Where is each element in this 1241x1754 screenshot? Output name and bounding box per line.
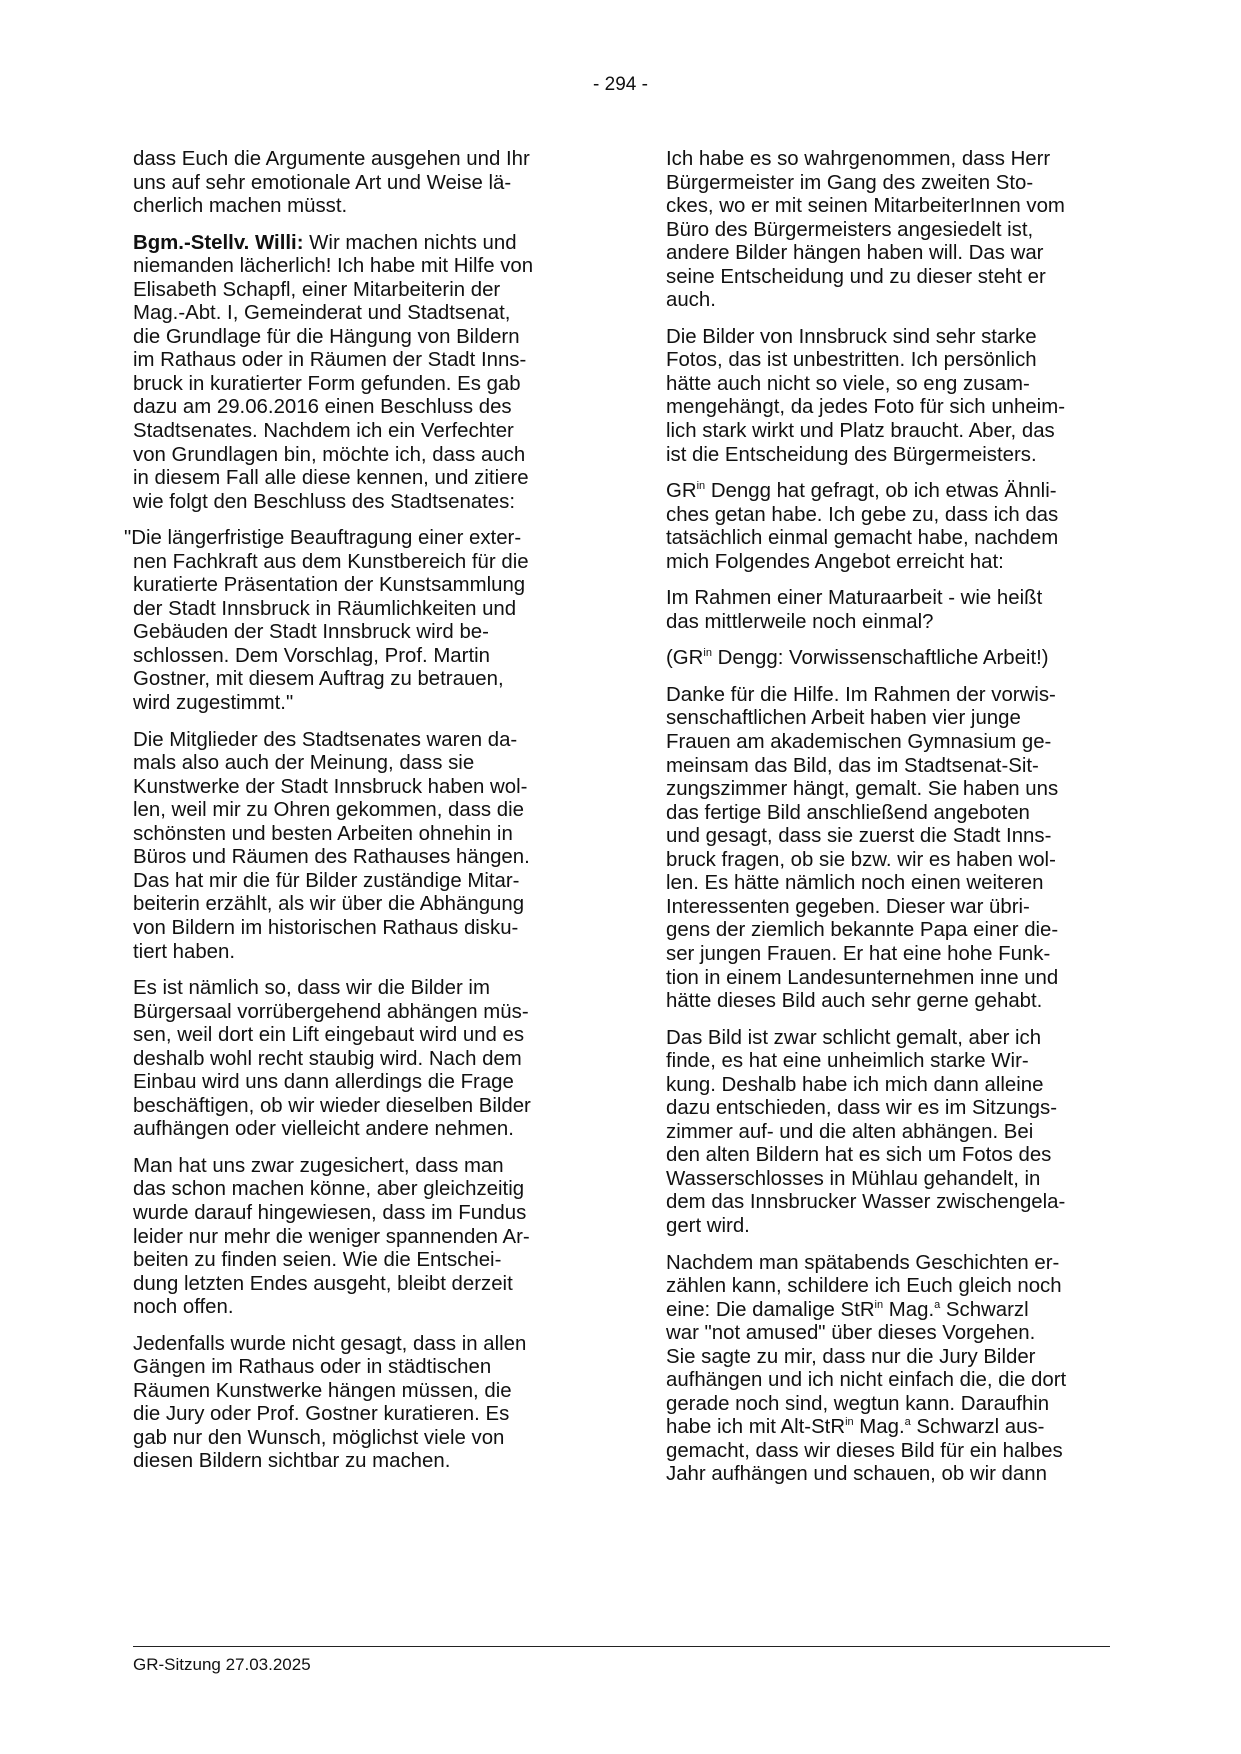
- speaker-name: Bgm.-Stellv. Willi:: [133, 232, 304, 254]
- superscript: in: [875, 1299, 884, 1311]
- text-line: den alten Bildern hat es sich um Fotos d…: [666, 1144, 1118, 1168]
- text-line: die Grundlage für die Hängung von Bilder…: [133, 326, 585, 350]
- paragraph: Es ist nämlich so, dass wir die Bilder i…: [133, 977, 585, 1142]
- text-line: beiterin erzählt, als wir über die Abhän…: [133, 893, 585, 917]
- text-line: Bürgermeister im Gang des zweiten Sto-: [666, 172, 1118, 196]
- text-line: Die Bilder von Innsbruck sind sehr stark…: [666, 326, 1118, 350]
- text-line: cherlich machen müsst.: [133, 195, 585, 219]
- text-segment: GR: [666, 480, 697, 502]
- text-line: die Jury oder Prof. Gostner kuratieren. …: [133, 1403, 585, 1427]
- text-line: ser jungen Frauen. Er hat eine hohe Funk…: [666, 943, 1118, 967]
- text-line: Jahr aufhängen und schauen, ob wir dann: [666, 1463, 1118, 1487]
- text-line: GRin Dengg hat gefragt, ob ich etwas Ähn…: [666, 480, 1118, 504]
- footer-divider: [133, 1646, 1110, 1647]
- text-line: hätte auch nicht so viele, so eng zusam-: [666, 373, 1118, 397]
- text-line: Büro des Bürgermeisters angesiedelt ist,: [666, 219, 1118, 243]
- text-line: schlossen. Dem Vorschlag, Prof. Martin: [124, 645, 585, 669]
- text-line: eine: Die damalige StRin Mag.a Schwarzl: [666, 1299, 1118, 1323]
- text-line: Das Bild ist zwar schlicht gemalt, aber …: [666, 1027, 1118, 1051]
- text-line: tiert haben.: [133, 941, 585, 965]
- text-line: ches getan habe. Ich gebe zu, dass ich d…: [666, 504, 1118, 528]
- text-line: Büros und Räumen des Rathauses hängen.: [133, 846, 585, 870]
- text-line: aufhängen und ich nicht einfach die, die…: [666, 1369, 1118, 1393]
- text-line: habe ich mit Alt-StRin Mag.a Schwarzl au…: [666, 1416, 1118, 1440]
- text-line: Die Mitglieder des Stadtsenates waren da…: [133, 729, 585, 753]
- text-line: das mittlerweile noch einmal?: [666, 611, 1118, 635]
- text-line: diesen Bildern sichtbar zu machen.: [133, 1450, 585, 1474]
- page-number: - 294 -: [0, 74, 1241, 96]
- text-line: aufhängen oder vielleicht andere nehmen.: [133, 1118, 585, 1142]
- paragraph: Danke für die Hilfe. Im Rahmen der vorwi…: [666, 684, 1118, 1014]
- text-line: Gebäuden der Stadt Innsbruck wird be-: [124, 621, 585, 645]
- speaker-paragraph: Bgm.-Stellv. Willi: Wir machen nichts un…: [133, 232, 585, 515]
- text-line: finde, es hat eine unheimlich starke Wir…: [666, 1050, 1118, 1074]
- text-line: meinsam das Bild, das im Stadtsenat-Sit-: [666, 755, 1118, 779]
- text-line: Gängen im Rathaus oder in städtischen: [133, 1356, 585, 1380]
- text-segment: Wir machen nichts und: [304, 232, 517, 254]
- text-line: kung. Deshalb habe ich mich dann alleine: [666, 1074, 1118, 1098]
- paragraph: Die Bilder von Innsbruck sind sehr stark…: [666, 326, 1118, 467]
- text-segment: habe ich mit Alt-StR: [666, 1416, 845, 1438]
- text-line: im Rathaus oder in Räumen der Stadt Inns…: [133, 349, 585, 373]
- text-line: gert wird.: [666, 1215, 1118, 1239]
- superscript: in: [697, 480, 706, 492]
- text-line: dass Euch die Argumente ausgehen und Ihr: [133, 148, 585, 172]
- text-line: Bürgersaal vorrübergehend abhängen müs-: [133, 1001, 585, 1025]
- text-line: dung letzten Endes ausgeht, bleibt derze…: [133, 1273, 585, 1297]
- text-line: dazu am 29.06.2016 einen Beschluss des: [133, 396, 585, 420]
- footer-session-date: GR-Sitzung 27.03.2025: [133, 1655, 311, 1675]
- text-line: Man hat uns zwar zugesichert, dass man: [133, 1155, 585, 1179]
- text-line: Sie sagte zu mir, dass nur die Jury Bild…: [666, 1346, 1118, 1370]
- text-line: bruck in kuratierter Form gefunden. Es g…: [133, 373, 585, 397]
- text-line: (GRin Dengg: Vorwissenschaftliche Arbeit…: [666, 647, 1118, 671]
- text-line: kuratierte Präsentation der Kunstsammlun…: [124, 574, 585, 598]
- text-line: Mag.-Abt. I, Gemeinderat und Stadtsenat,: [133, 302, 585, 326]
- text-line: zungszimmer hängt, gemalt. Sie haben uns: [666, 778, 1118, 802]
- text-line: von Grundlagen bin, möchte ich, dass auc…: [133, 444, 585, 468]
- text-line: andere Bilder hängen haben will. Das war: [666, 242, 1118, 266]
- text-line: gerade noch sind, wegtun kann. Daraufhin: [666, 1393, 1118, 1417]
- text-line: bruck fragen, ob sie bzw. wir es haben w…: [666, 849, 1118, 873]
- text-line: tion in einem Landesunternehmen inne und: [666, 967, 1118, 991]
- text-line: nen Fachkraft aus dem Kunstbereich für d…: [124, 551, 585, 575]
- text-line: Nachdem man spätabends Geschichten er-: [666, 1252, 1118, 1276]
- left-column: dass Euch die Argumente ausgehen und Ihr…: [133, 148, 585, 1487]
- text-line: Ich habe es so wahrgenommen, dass Herr: [666, 148, 1118, 172]
- text-line: mengehängt, da jedes Foto für sich unhei…: [666, 396, 1118, 420]
- text-line: ist die Entscheidung des Bürgermeisters.: [666, 444, 1118, 468]
- paragraph: Das Bild ist zwar schlicht gemalt, aber …: [666, 1027, 1118, 1239]
- quoted-resolution: "Die längerfristige Beauftragung einer e…: [124, 527, 585, 715]
- paragraph: Im Rahmen einer Maturaarbeit - wie heißt…: [666, 587, 1118, 634]
- interjection: (GRin Dengg: Vorwissenschaftliche Arbeit…: [666, 647, 1118, 671]
- text-line: beiten zu finden seien. Wie die Entschei…: [133, 1249, 585, 1273]
- text-line: Im Rahmen einer Maturaarbeit - wie heißt: [666, 587, 1118, 611]
- text-line: auch.: [666, 289, 1118, 313]
- text-line: Einbau wird uns dann allerdings die Frag…: [133, 1071, 585, 1095]
- text-line: deshalb wohl recht staubig wird. Nach de…: [133, 1048, 585, 1072]
- text-line: gab nur den Wunsch, möglichst viele von: [133, 1427, 585, 1451]
- text-line: ckes, wo er mit seinen MitarbeiterInnen …: [666, 195, 1118, 219]
- text-segment: Mag.: [883, 1299, 934, 1321]
- text-line: zimmer auf- und die alten abhängen. Bei: [666, 1121, 1118, 1145]
- text-line: und gesagt, dass sie zuerst die Stadt In…: [666, 825, 1118, 849]
- paragraph: Die Mitglieder des Stadtsenates waren da…: [133, 729, 585, 964]
- text-line: Kunstwerke der Stadt Innsbruck haben wol…: [133, 776, 585, 800]
- text-line: hätte dieses Bild auch sehr gerne gehabt…: [666, 990, 1118, 1014]
- paragraph: Jedenfalls wurde nicht gesagt, dass in a…: [133, 1333, 585, 1474]
- superscript: in: [703, 647, 712, 659]
- text-segment: Mag.: [854, 1416, 905, 1438]
- text-line: seine Entscheidung und zu dieser steht e…: [666, 266, 1118, 290]
- text-line: Wasserschlosses in Mühlau gehandelt, in: [666, 1168, 1118, 1192]
- text-line: uns auf sehr emotionale Art und Weise lä…: [133, 172, 585, 196]
- text-line: niemanden lächerlich! Ich habe mit Hilfe…: [133, 255, 585, 279]
- text-line: dem das Innsbrucker Wasser zwischengela-: [666, 1191, 1118, 1215]
- text-line: von Bildern im historischen Rathaus disk…: [133, 917, 585, 941]
- text-line: in diesem Fall alle diese kennen, und zi…: [133, 467, 585, 491]
- text-line: gens der ziemlich bekannte Papa einer di…: [666, 919, 1118, 943]
- text-line: beschäftigen, ob wir wieder dieselben Bi…: [133, 1095, 585, 1119]
- text-line: mals also auch der Meinung, dass sie: [133, 752, 585, 776]
- paragraph: Ich habe es so wahrgenommen, dass Herr B…: [666, 148, 1118, 313]
- text-line: Stadtsenates. Nachdem ich ein Verfechter: [133, 420, 585, 444]
- text-line: zählen kann, schildere ich Euch gleich n…: [666, 1275, 1118, 1299]
- text-line: Fotos, das ist unbestritten. Ich persönl…: [666, 349, 1118, 373]
- text-line: das schon machen könne, aber gleichzeiti…: [133, 1178, 585, 1202]
- text-line: wurde darauf hingewiesen, dass im Fundus: [133, 1202, 585, 1226]
- text-segment: Dengg hat gefragt, ob ich etwas Ähnli-: [705, 480, 1056, 502]
- text-line: sen, weil dort ein Lift eingebaut wird u…: [133, 1024, 585, 1048]
- text-line: Elisabeth Schapfl, einer Mitarbeiterin d…: [133, 279, 585, 303]
- text-line: gemacht, dass wir dieses Bild für ein ha…: [666, 1440, 1118, 1464]
- text-line: len, weil mir zu Ohren gekommen, dass di…: [133, 799, 585, 823]
- text-line: das fertige Bild anschließend angeboten: [666, 802, 1118, 826]
- text-segment: eine: Die damalige StR: [666, 1299, 875, 1321]
- text-line: schönsten und besten Arbeiten ohnehin in: [133, 823, 585, 847]
- paragraph: GRin Dengg hat gefragt, ob ich etwas Ähn…: [666, 480, 1118, 574]
- text-line: dazu entschieden, dass wir es im Sitzung…: [666, 1097, 1118, 1121]
- text-line: noch offen.: [133, 1296, 585, 1320]
- text-segment: (GR: [666, 647, 703, 669]
- text-line: mich Folgendes Angebot erreicht hat:: [666, 551, 1118, 575]
- text-line: Räumen Kunstwerke hängen müssen, die: [133, 1380, 585, 1404]
- text-segment: Dengg: Vorwissenschaftliche Arbeit!): [712, 647, 1049, 669]
- text-line: Bgm.-Stellv. Willi: Wir machen nichts un…: [133, 232, 585, 256]
- text-line: tatsächlich einmal gemacht habe, nachdem: [666, 527, 1118, 551]
- text-line: Gostner, mit diesem Auftrag zu betrauen,: [124, 668, 585, 692]
- paragraph: Nachdem man spätabends Geschichten er- z…: [666, 1252, 1118, 1487]
- right-column: Ich habe es so wahrgenommen, dass Herr B…: [666, 148, 1118, 1500]
- text-line: wird zugestimmt.": [124, 692, 585, 716]
- text-segment: Schwarzl: [940, 1299, 1028, 1321]
- text-line: Interessenten gegeben. Dieser war übri-: [666, 896, 1118, 920]
- text-line: "Die längerfristige Beauftragung einer e…: [124, 527, 585, 551]
- text-line: leider nur mehr die weniger spannenden A…: [133, 1226, 585, 1250]
- superscript: in: [845, 1416, 854, 1428]
- text-line: Frauen am akademischen Gymnasium ge-: [666, 731, 1118, 755]
- text-line: Das hat mir die für Bilder zuständige Mi…: [133, 870, 585, 894]
- paragraph: Man hat uns zwar zugesichert, dass man d…: [133, 1155, 585, 1320]
- text-segment: Schwarzl aus-: [911, 1416, 1045, 1438]
- text-line: wie folgt den Beschluss des Stadtsenates…: [133, 491, 585, 515]
- text-line: Jedenfalls wurde nicht gesagt, dass in a…: [133, 1333, 585, 1357]
- paragraph: dass Euch die Argumente ausgehen und Ihr…: [133, 148, 585, 219]
- text-line: Es ist nämlich so, dass wir die Bilder i…: [133, 977, 585, 1001]
- text-line: len. Es hätte nämlich noch einen weitere…: [666, 872, 1118, 896]
- text-line: der Stadt Innsbruck in Räumlichkeiten un…: [124, 598, 585, 622]
- text-line: war "not amused" über dieses Vorgehen.: [666, 1322, 1118, 1346]
- text-line: lich stark wirkt und Platz braucht. Aber…: [666, 420, 1118, 444]
- text-line: senschaftlichen Arbeit haben vier junge: [666, 707, 1118, 731]
- text-line: Danke für die Hilfe. Im Rahmen der vorwi…: [666, 684, 1118, 708]
